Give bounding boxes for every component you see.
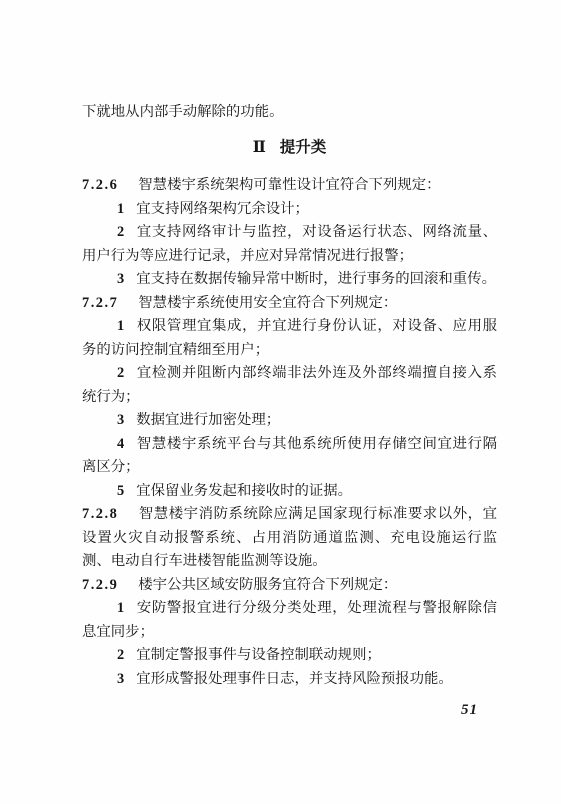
item-number: 2	[117, 365, 124, 381]
line-text: 智慧楼宇系统使用安全宜符合下列规定：	[138, 295, 397, 311]
text-line: 5宜保留业务发起和接收时的证据。	[82, 480, 497, 504]
line-text: 息宜同步；	[82, 624, 154, 640]
clause-number: 7.2.8	[82, 506, 118, 522]
item-paragraph: 3宜支持在数据传输异常中断时，进行事务的回滚和重传。	[82, 268, 497, 292]
text-line: 下就地从内部手动解除的功能。	[82, 101, 497, 125]
body-paragraph: 下就地从内部手动解除的功能。	[82, 101, 497, 125]
text-line: 2宜支持网络审计与监控，对设备运行状态、网络流量、	[82, 221, 497, 245]
item-paragraph: 5宜保留业务发起和接收时的证据。	[82, 480, 497, 504]
line-text: 宜检测并阻断内部终端非法外连及外部终端擅自接入系	[136, 365, 497, 381]
item-paragraph: 1权限管理宜集成，并宜进行身份认证，对设备、应用服务的访问控制宜精细至用户；	[82, 315, 497, 362]
item-number: 2	[117, 224, 124, 240]
line-text: 宜支持在数据传输异常中断时，进行事务的回滚和重传。	[136, 271, 496, 287]
line-text: 宜支持网络架构冗余设计；	[136, 201, 309, 217]
item-number: 3	[117, 412, 124, 428]
item-paragraph: 4智慧楼宇系统平台与其他系统所使用存储空间宜进行隔离区分；	[82, 433, 497, 480]
line-text: 宜形成警报处理事件日志，并支持风险预报功能。	[136, 671, 453, 687]
item-number: 5	[117, 483, 124, 499]
line-text: 下就地从内部手动解除的功能。	[82, 104, 283, 120]
clause-number: 7.2.7	[82, 295, 118, 311]
line-text: 宜制定警报事件与设备控制联动规则；	[136, 647, 381, 663]
text-line: 息宜同步；	[82, 621, 497, 645]
clause-number: 7.2.6	[82, 177, 118, 193]
line-text: 测、电动自行车进楼智能监测等设施。	[82, 553, 327, 569]
clause-paragraph: 7.2.9楼宇公共区域安防服务宜符合下列规定：	[82, 574, 497, 598]
line-text: 智慧楼宇系统架构可靠性设计宜符合下列规定：	[138, 177, 440, 193]
text-line: 7.2.7智慧楼宇系统使用安全宜符合下列规定：	[82, 292, 497, 316]
text-line: 离区分；	[82, 456, 497, 480]
item-paragraph: 3宜形成警报处理事件日志，并支持风险预报功能。	[82, 668, 497, 692]
item-paragraph: 1安防警报宜进行分级分类处理，处理流程与警报解除信息宜同步；	[82, 597, 497, 644]
text-line: 7.2.8智慧楼宇消防系统除应满足国家现行标准要求以外，宜	[82, 503, 497, 527]
item-number: 2	[117, 647, 124, 663]
text-line: 7.2.6智慧楼宇系统架构可靠性设计宜符合下列规定：	[82, 174, 497, 198]
line-text: 用户行为等应进行记录，并应对异常情况进行报警；	[82, 248, 413, 264]
clause-paragraph: 7.2.6智慧楼宇系统架构可靠性设计宜符合下列规定：	[82, 174, 497, 198]
line-text: 智慧楼宇消防系统除应满足国家现行标准要求以外，宜	[138, 506, 497, 522]
item-paragraph: 2宜支持网络审计与监控，对设备运行状态、网络流量、用户行为等应进行记录，并应对异…	[82, 221, 497, 268]
line-text: 智慧楼宇系统平台与其他系统所使用存储空间宜进行隔	[136, 436, 497, 452]
text-line: 测、电动自行车进楼智能监测等设施。	[82, 550, 497, 574]
item-number: 1	[117, 318, 124, 334]
line-text: 设置火灾自动报警系统、占用消防通道监测、充电设施运行监	[82, 530, 497, 546]
line-text: 务的访问控制宜精细至用户；	[82, 342, 269, 358]
text-line: 务的访问控制宜精细至用户；	[82, 339, 497, 363]
clause-paragraph: 7.2.8智慧楼宇消防系统除应满足国家现行标准要求以外，宜设置火灾自动报警系统、…	[82, 503, 497, 574]
section-roman-numeral: Ⅱ	[253, 139, 266, 156]
text-line: 设置火灾自动报警系统、占用消防通道监测、充电设施运行监	[82, 527, 497, 551]
text-line: 统行为；	[82, 386, 497, 410]
item-number: 4	[117, 436, 124, 452]
text-line: 4智慧楼宇系统平台与其他系统所使用存储空间宜进行隔	[82, 433, 497, 457]
item-paragraph: 3数据宜进行加密处理；	[82, 409, 497, 433]
line-text: 离区分；	[82, 459, 140, 475]
text-line: 1宜支持网络架构冗余设计；	[82, 198, 497, 222]
line-text: 安防警报宜进行分级分类处理，处理流程与警报解除信	[136, 600, 497, 616]
item-number: 1	[117, 201, 124, 217]
line-text: 统行为；	[82, 389, 140, 405]
text-line: 3宜支持在数据传输异常中断时，进行事务的回滚和重传。	[82, 268, 497, 292]
text-line: 2宜检测并阻断内部终端非法外连及外部终端擅自接入系	[82, 362, 497, 386]
section-title: 提升类	[280, 139, 327, 156]
text-line: 1安防警报宜进行分级分类处理，处理流程与警报解除信	[82, 597, 497, 621]
text-line: 3宜形成警报处理事件日志，并支持风险预报功能。	[82, 668, 497, 692]
text-line: 用户行为等应进行记录，并应对异常情况进行报警；	[82, 245, 497, 269]
line-text: 宜保留业务发起和接收时的证据。	[136, 483, 352, 499]
text-line: 1权限管理宜集成，并宜进行身份认证，对设备、应用服	[82, 315, 497, 339]
clause-number: 7.2.9	[82, 577, 118, 593]
line-text: 宜支持网络审计与监控，对设备运行状态、网络流量、	[136, 224, 497, 240]
item-number: 3	[117, 271, 124, 287]
clause-paragraph: 7.2.7智慧楼宇系统使用安全宜符合下列规定：	[82, 292, 497, 316]
text-line: 7.2.9楼宇公共区域安防服务宜符合下列规定：	[82, 574, 497, 598]
standard-document-page: 下就地从内部手动解除的功能。Ⅱ提升类7.2.6智慧楼宇系统架构可靠性设计宜符合下…	[0, 0, 561, 804]
section-heading: Ⅱ提升类	[82, 136, 497, 160]
item-number: 3	[117, 671, 124, 687]
item-paragraph: 2宜制定警报事件与设备控制联动规则；	[82, 644, 497, 668]
item-paragraph: 1宜支持网络架构冗余设计；	[82, 198, 497, 222]
item-number: 1	[117, 600, 124, 616]
text-line: 2宜制定警报事件与设备控制联动规则；	[82, 644, 497, 668]
line-text: 楼宇公共区域安防服务宜符合下列规定：	[138, 577, 397, 593]
page-number: 51	[461, 702, 478, 719]
item-paragraph: 2宜检测并阻断内部终端非法外连及外部终端擅自接入系统行为；	[82, 362, 497, 409]
line-text: 数据宜进行加密处理；	[136, 412, 280, 428]
page-content: 下就地从内部手动解除的功能。Ⅱ提升类7.2.6智慧楼宇系统架构可靠性设计宜符合下…	[82, 101, 497, 691]
text-line: 3数据宜进行加密处理；	[82, 409, 497, 433]
line-text: 权限管理宜集成，并宜进行身份认证，对设备、应用服	[136, 318, 497, 334]
